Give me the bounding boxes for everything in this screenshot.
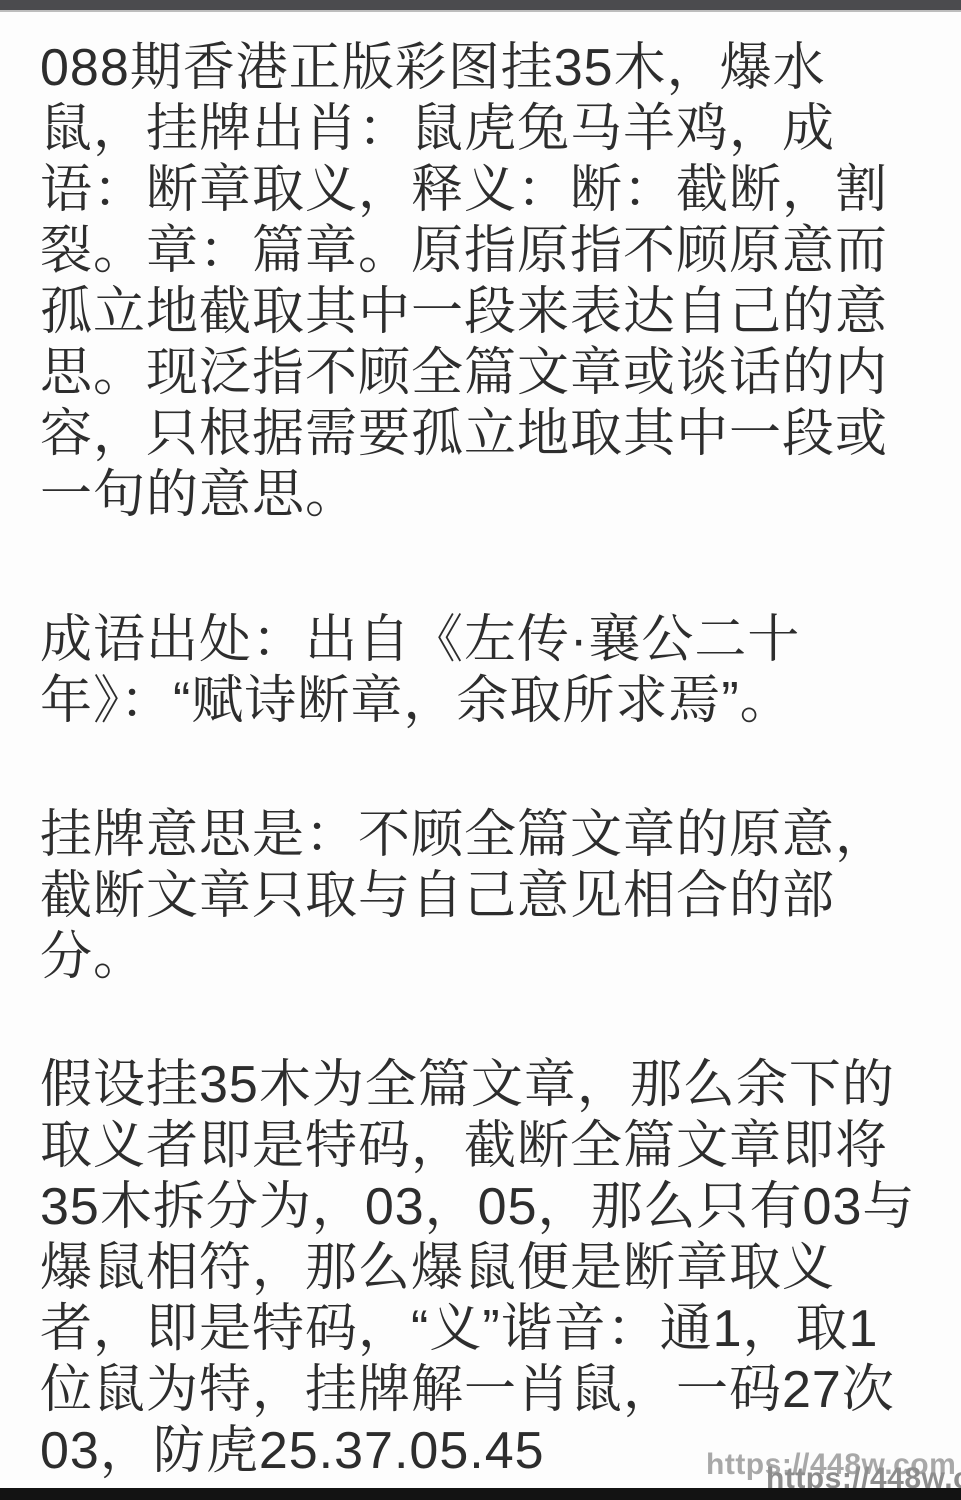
paragraph-analysis: 假设挂35木为全篇文章，那么余下的 取义者即是特码，截断全篇文章即将 35木拆分… <box>40 1055 935 1482</box>
top-border-bar <box>0 0 961 12</box>
paragraph-intro: 088期香港正版彩图挂35木，爆水 鼠，挂牌出肖：鼠虎兔马羊鸡，成 语：断章取义… <box>40 38 935 526</box>
paragraph-meaning: 挂牌意思是：不顾全篇文章的原意， 截断文章只取与自己意见相合的部 分。 <box>40 805 935 988</box>
paragraph-origin: 成语出处：出自《左传·襄公二十 年》：“赋诗断章，余取所求焉”。 <box>40 610 935 732</box>
document-body: 088期香港正版彩图挂35木，爆水 鼠，挂牌出肖：鼠虎兔马羊鸡，成 语：断章取义… <box>0 12 961 1482</box>
page: 088期香港正版彩图挂35木，爆水 鼠，挂牌出肖：鼠虎兔马羊鸡，成 语：断章取义… <box>0 0 961 1500</box>
bottom-border-bar <box>0 1488 961 1500</box>
